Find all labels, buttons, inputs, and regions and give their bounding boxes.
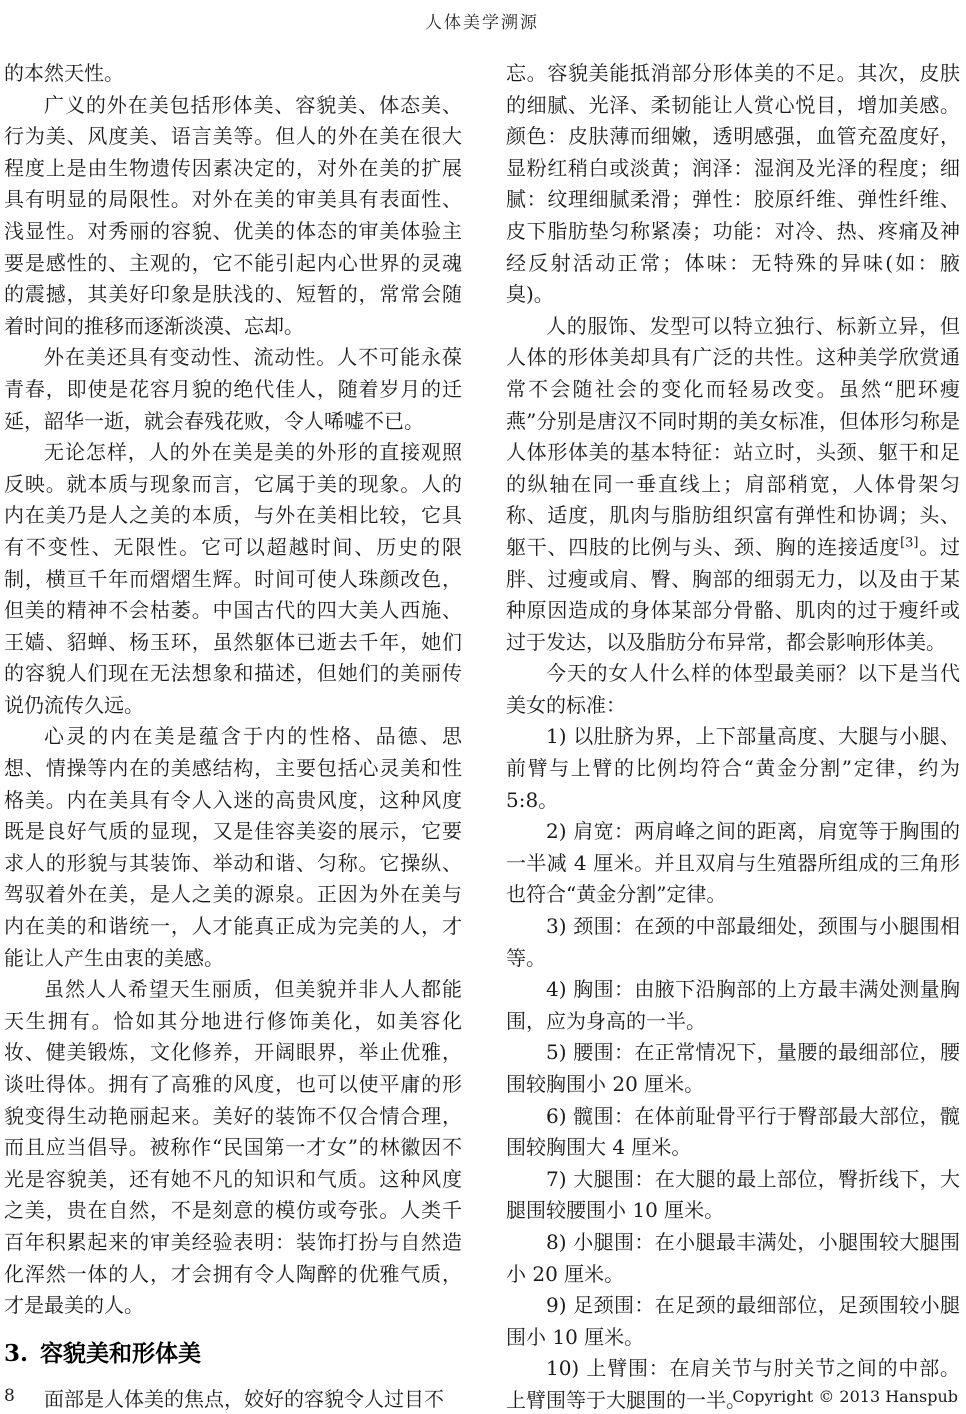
footer-copyright: Copyright © 2013 Hanspub: [732, 1387, 958, 1406]
paragraph: 忘。容貌美能抵消部分形体美的不足。其次，皮肤的细腻、光泽、柔韧能让人赏心悦目，增…: [506, 58, 960, 311]
paragraph: 外在美还具有变动性、流动性。人不可能永葆青春，即使是花容月貌的绝代佳人，随着岁月…: [4, 342, 462, 437]
paragraph: 的本然天性。: [4, 58, 462, 90]
list-item: 6) 髋围：在体前耻骨平行于臀部最大部位，髋围较胸围大 4 厘米。: [506, 1101, 960, 1164]
list-item: 4) 胸围：由腋下沿胸部的上方最丰满处测量胸围，应为身高的一半。: [506, 974, 960, 1037]
list-item: 2) 肩宽：两肩峰之间的距离，肩宽等于胸围的一半减 4 厘米。并且双肩与生殖器所…: [506, 816, 960, 911]
page-title: 人体美学溯源: [425, 13, 539, 33]
section-title: 容貌美和形体美: [40, 1341, 201, 1367]
paragraph: 虽然人人希望天生丽质，但美貌并非人人都能天生拥有。恰如其分地进行修饰美化，如美容…: [4, 974, 462, 1322]
paragraph: 广义的外在美包括形体美、容貌美、体态美、行为美、风度美、语言美等。但人的外在美在…: [4, 90, 462, 343]
paragraph: 无论怎样，人的外在美是美的外形的直接观照反映。就本质与现象而言，它属于美的现象。…: [4, 437, 462, 721]
reference-marker: [3]: [900, 535, 918, 550]
page-header: 人体美学溯源: [4, 8, 960, 58]
page-footer: 8 Copyright © 2013 Hanspub: [4, 1386, 958, 1406]
section-number: 3.: [4, 1340, 28, 1367]
paragraph-text: 人的服饰、发型可以特立独行、标新立异，但人体的形体美却具有广泛的共性。这种美学欣…: [506, 314, 960, 559]
paragraph: 人的服饰、发型可以特立独行、标新立异，但人体的形体美却具有广泛的共性。这种美学欣…: [506, 311, 960, 659]
left-column: 的本然天性。 广义的外在美包括形体美、容貌美、体态美、行为美、风度美、语言美等。…: [4, 58, 462, 1414]
list-item: 9) 足颈围：在足颈的最细部位，足颈围较小腿围小 10 厘米。: [506, 1290, 960, 1353]
paragraph: 心灵的内在美是蕴含于内的性格、品德、思想、情操等内在的美感结构，主要包括心灵美和…: [4, 721, 462, 974]
list-item: 5) 腰围：在正常情况下，量腰的最细部位，腰围较胸围小 20 厘米。: [506, 1037, 960, 1100]
document-page: 人体美学溯源 的本然天性。 广义的外在美包括形体美、容貌美、体态美、行为美、风度…: [0, 0, 966, 1414]
footer-page-number: 8: [4, 1386, 15, 1406]
list-item: 1) 以肚脐为界，上下部量高度、大腿与小腿、前臂与上臂的比例均符合“黄金分割”定…: [506, 721, 960, 816]
two-column-body: 的本然天性。 广义的外在美包括形体美、容貌美、体态美、行为美、风度美、语言美等。…: [4, 58, 960, 1414]
list-item: 3) 颈围：在颈的中部最细处，颈围与小腿围相等。: [506, 911, 960, 974]
paragraph: 今天的女人什么样的体型最美丽？以下是当代美女的标准：: [506, 658, 960, 721]
section-heading: 3.容貌美和形体美: [4, 1339, 462, 1369]
list-item: 8) 小腿围：在小腿最丰满处，小腿围较大腿围小 20 厘米。: [506, 1227, 960, 1290]
list-item: 7) 大腿围：在大腿的最上部位，臀折线下，大腿围较腰围小 10 厘米。: [506, 1164, 960, 1227]
right-column: 忘。容貌美能抵消部分形体美的不足。其次，皮肤的细腻、光泽、柔韧能让人赏心悦目，增…: [506, 58, 960, 1414]
